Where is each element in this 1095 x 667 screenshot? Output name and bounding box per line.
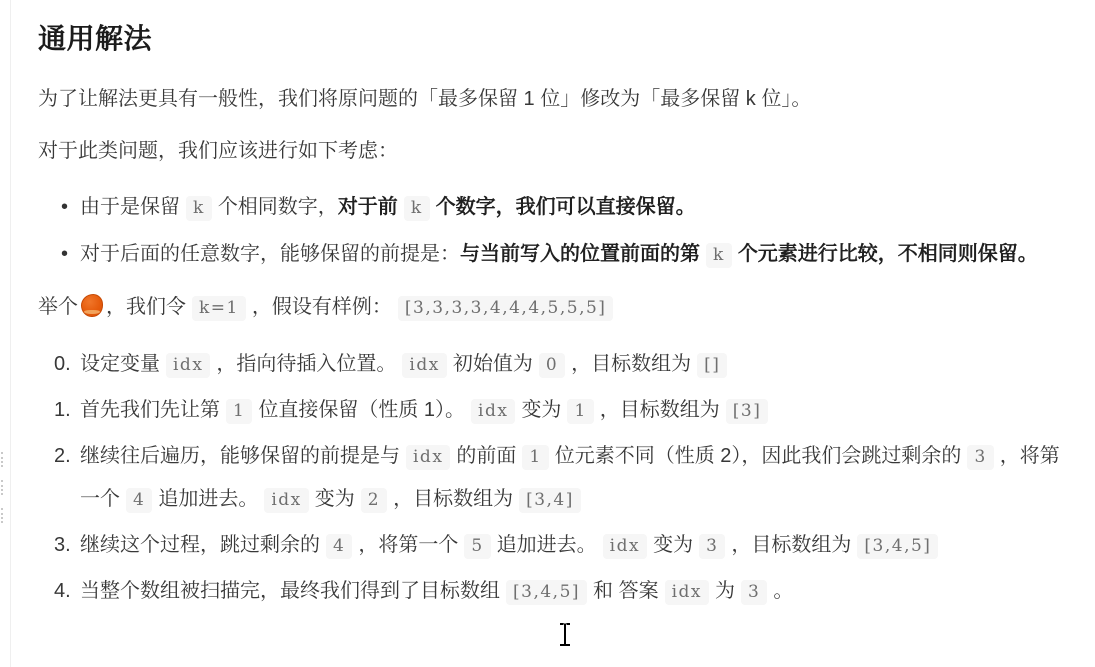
step-item-4: 4. 当整个数组被扫描完，最终我们得到了目标数组[3,4,5]和 答案idx为3…	[80, 570, 1067, 613]
step-marker: 0.	[54, 343, 71, 385]
text-run: 设定变量	[80, 353, 160, 375]
inline-code: 0	[539, 353, 565, 378]
text-run: 首先我们先让第	[80, 399, 220, 421]
inline-code: idx	[471, 399, 515, 424]
step-marker: 1.	[54, 389, 71, 431]
step-marker: 3.	[54, 524, 71, 566]
inline-code: idx	[406, 445, 450, 470]
text-run: ，我们令	[106, 296, 186, 318]
inline-code: idx	[665, 580, 709, 605]
text-run: 。	[773, 580, 793, 602]
text-run: 继续这个过程，跳过剩余的	[80, 534, 320, 556]
paragraph-considerations: 对于此类问题，我们应该进行如下考虑：	[38, 130, 1067, 172]
text-run: 变为	[653, 534, 693, 556]
inline-code: 1	[226, 399, 252, 424]
text-run: 举个	[38, 296, 78, 318]
inline-code: 3	[741, 580, 767, 605]
bold-text: 个元素进行比较，不相同则保留。	[738, 243, 1038, 265]
inline-code: [3,4]	[519, 488, 581, 513]
dotted-mark	[1, 480, 3, 495]
text-run: 和 答案	[593, 580, 659, 602]
inline-code: k=1	[192, 296, 246, 321]
step-text: 继续这个过程，跳过剩余的4，将第一个5追加进去。idx变为3，目标数组为[3,4…	[80, 534, 944, 556]
inline-code: 3	[967, 445, 993, 470]
inline-code: 4	[126, 488, 152, 513]
inline-code: 5	[464, 534, 490, 559]
text-run: 对于后面的任意数字，能够保留的前提是：	[80, 243, 460, 265]
text-run: 当整个数组被扫描完，最终我们得到了目标数组	[80, 580, 500, 602]
text-run: 变为	[315, 488, 355, 510]
left-edge-dotted-marks	[1, 452, 5, 536]
text-run: ，指向待插入位置。	[216, 353, 396, 375]
inline-code: [3]	[726, 399, 769, 424]
text-run: 追加进去。	[497, 534, 597, 556]
bold-text: 个数字，我们可以直接保留。	[436, 196, 696, 218]
bold-text: 对于前	[338, 196, 398, 218]
text-run: ，目标数组为	[731, 534, 851, 556]
text-run: ，目标数组为	[571, 353, 691, 375]
dotted-mark	[1, 452, 3, 467]
step-item-0: 0. 设定变量idx，指向待插入位置。idx初始值为0，目标数组为[]	[80, 343, 1067, 386]
inline-code: [3,4,5]	[857, 534, 938, 559]
inline-code: idx	[402, 353, 446, 378]
step-text: 首先我们先让第1位直接保留（性质 1）。idx变为1，目标数组为[3]	[80, 399, 774, 421]
text-run: 继续往后遍历，能够保留的前提是与	[80, 445, 400, 467]
text-run: 为	[715, 580, 735, 602]
text-run: ，假设有样例：	[252, 296, 392, 318]
step-marker: 4.	[54, 570, 71, 612]
dotted-mark	[1, 508, 3, 523]
step-text: 设定变量idx，指向待插入位置。idx初始值为0，目标数组为[]	[80, 353, 733, 375]
paragraph-example: 举个，我们令k=1，假设有样例：[3,3,3,3,4,4,4,5,5,5]	[38, 286, 1067, 329]
bullet-item-compare-rule: 对于后面的任意数字，能够保留的前提是：与当前写入的位置前面的第k个元素进行比较，…	[80, 233, 1067, 276]
text-run: ，目标数组为	[600, 399, 720, 421]
inline-code: k	[404, 196, 430, 221]
inline-code: [3,4,5]	[506, 580, 587, 605]
step-item-1: 1. 首先我们先让第1位直接保留（性质 1）。idx变为1，目标数组为[3]	[80, 389, 1067, 432]
inline-code: k	[186, 196, 212, 221]
text-run: 的前面	[456, 445, 516, 467]
inline-code: [3,3,3,3,4,4,4,5,5,5]	[398, 296, 614, 321]
step-item-2: 2. 继续往后遍历，能够保留的前提是与idx的前面1位元素不同（性质 2），因此…	[80, 435, 1067, 521]
text-run: 个相同数字，	[218, 196, 338, 218]
step-text: 当整个数组被扫描完，最终我们得到了目标数组[3,4,5]和 答案idx为3。	[80, 580, 793, 602]
inline-code: 2	[361, 488, 387, 513]
text-run: 位元素不同（性质 2），因此我们会跳过剩余的	[555, 445, 962, 467]
step-item-3: 3. 继续这个过程，跳过剩余的4，将第一个5追加进去。idx变为3，目标数组为[…	[80, 524, 1067, 567]
bullet-list: 由于是保留k个相同数字，对于前k个数字，我们可以直接保留。 对于后面的任意数字，…	[38, 186, 1067, 276]
inline-code: idx	[166, 353, 210, 378]
text-run: 追加进去。	[158, 488, 258, 510]
text-run: 为了让解法更具有一般性，我们将原问题的「最多保留 1 位」修改为「最多保留 k …	[38, 88, 811, 110]
text-run: 初始值为	[453, 353, 533, 375]
inline-code: k	[706, 243, 732, 268]
text-run: 变为	[521, 399, 561, 421]
text-run: 位直接保留（性质 1）。	[258, 399, 465, 421]
text-run: 对于此类问题，我们应该进行如下考虑：	[38, 140, 398, 162]
inline-code: 1	[567, 399, 593, 424]
step-text: 继续往后遍历，能够保留的前提是与idx的前面1位元素不同（性质 2），因此我们会…	[80, 445, 1060, 510]
step-marker: 2.	[54, 435, 71, 477]
inline-code: 1	[522, 445, 548, 470]
text-run: ，将第一个	[358, 534, 458, 556]
bold-text: 与当前写入的位置前面的第	[460, 243, 700, 265]
inline-code: []	[697, 353, 727, 378]
text-run: ，目标数组为	[393, 488, 513, 510]
orange-emoji	[81, 294, 103, 317]
ordered-steps-list: 0. 设定变量idx，指向待插入位置。idx初始值为0，目标数组为[] 1. 首…	[38, 343, 1067, 613]
article-page: 通用解法 为了让解法更具有一般性，我们将原问题的「最多保留 1 位」修改为「最多…	[0, 0, 1095, 667]
left-gutter-line	[10, 0, 11, 667]
inline-code: 3	[699, 534, 725, 559]
bullet-item-keep-first-k: 由于是保留k个相同数字，对于前k个数字，我们可以直接保留。	[80, 186, 1067, 229]
paragraph-intro: 为了让解法更具有一般性，我们将原问题的「最多保留 1 位」修改为「最多保留 k …	[38, 78, 1067, 120]
inline-code: idx	[603, 534, 647, 559]
text-run: 由于是保留	[80, 196, 180, 218]
section-title: 通用解法	[38, 22, 1067, 56]
inline-code: idx	[264, 488, 308, 513]
inline-code: 4	[326, 534, 352, 559]
